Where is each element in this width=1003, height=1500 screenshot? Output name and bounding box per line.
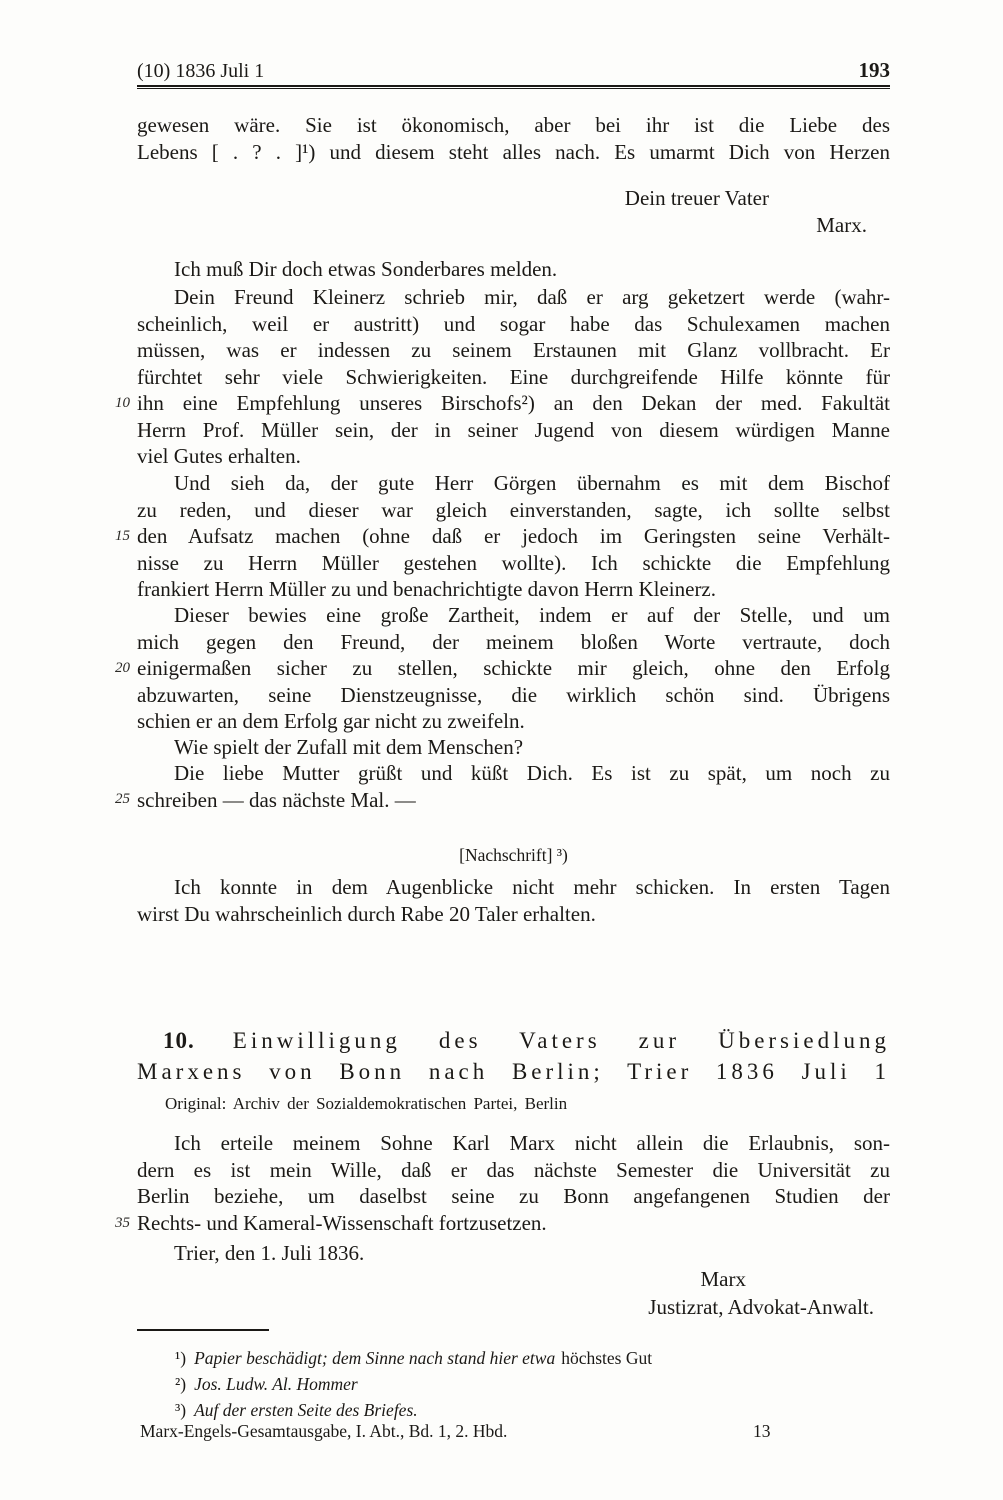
footnote-3: ³)Auf der ersten Seite des Briefes.: [137, 1398, 890, 1422]
paragraph-zufall: Wie spielt der Zufall mit dem Menschen?: [137, 734, 890, 761]
page-number: 193: [859, 58, 891, 82]
text-line: mich gegen den Freund, der meinem bloßen…: [137, 629, 890, 656]
paragraph-nachschrift: Ich konnte in dem Augenblicke nicht mehr…: [137, 874, 890, 927]
footnote-text-roman: höchstes Gut: [561, 1348, 652, 1368]
paragraph-erlaubnis: Ich erteile meinem Sohne Karl Marx nicht…: [137, 1130, 890, 1236]
document-signature-title: Justizrat, Advokat-Anwalt.: [137, 1294, 890, 1321]
text-line: gewesen wäre. Sie ist ökonomisch, aber b…: [137, 112, 890, 139]
text-line: Die liebe Mutter grüßt und küßt Dich. Es…: [137, 760, 890, 787]
text-line: schreiben — das nächste Mal. —: [137, 787, 890, 814]
margin-line-number: 35: [98, 1213, 130, 1233]
page-header: (10) 1836 Juli 1 193: [137, 58, 890, 83]
text-line: zu reden, und dieser war gleich einverst…: [137, 497, 890, 524]
dateline: Trier, den 1. Juli 1836.: [137, 1240, 890, 1267]
text-line: Ich konnte in dem Augenblicke nicht mehr…: [137, 874, 890, 901]
text-line: Wie spielt der Zufall mit dem Menschen?: [137, 734, 890, 761]
text-line: einigermaßen sicher zu stellen, schickte…: [137, 655, 890, 682]
letter-signature: Marx.: [137, 212, 890, 239]
section-heading-line1: 10. Einwilligung des Vaters zur Übersied…: [137, 1026, 890, 1056]
section-heading-line2: Marxens von Bonn nach Berlin; Trier 1836…: [137, 1057, 890, 1087]
text-line: müssen, was er indessen zu seinem Erstau…: [137, 337, 890, 364]
section-number: 10.: [163, 1028, 195, 1053]
footnote-text-italic: Papier beschädigt; dem Sinne nach stand …: [194, 1348, 555, 1368]
margin-line-number: 20: [98, 658, 130, 678]
footnote-marker: ¹): [175, 1348, 186, 1368]
text-line: viel Gutes erhalten.: [137, 443, 890, 470]
footnote-rule: [137, 1329, 269, 1331]
paragraph-mutter: Die liebe Mutter grüßt und küßt Dich. Es…: [137, 760, 890, 813]
header-rule: [137, 85, 890, 89]
text-line: Rechts- und Kameral-Wissenschaft fortzus…: [137, 1210, 890, 1237]
text-line: scheinlich, weil er austritt) und sogar …: [137, 311, 890, 338]
document-signature-name: Marx: [137, 1266, 890, 1293]
paragraph-continuation: gewesen wäre. Sie ist ökonomisch, aber b…: [137, 112, 890, 165]
margin-line-number: 15: [98, 526, 130, 546]
letter-closing: Dein treuer Vater: [137, 185, 890, 212]
edition-imprint: Marx-Engels-Gesamtausgabe, I. Abt., Bd. …: [140, 1420, 507, 1442]
text-line: Und sieh da, der gute Herr Görgen überna…: [137, 470, 890, 497]
footnote-text-italic: Jos. Ludw. Al. Hommer: [194, 1374, 358, 1394]
paragraph-goergen: Und sieh da, der gute Herr Görgen überna…: [137, 470, 890, 603]
footnote-text-italic: Auf der ersten Seite des Briefes.: [194, 1400, 418, 1420]
source-note: Original: Archiv der Sozialdemokratische…: [165, 1093, 890, 1115]
footnote-marker: ³): [175, 1400, 186, 1420]
signature-sheet-number: 13: [753, 1420, 771, 1442]
text-line: Dein Freund Kleinerz schrieb mir, daß er…: [137, 284, 890, 311]
text-line: dern es ist mein Wille, daß er das nächs…: [137, 1157, 890, 1184]
book-page-scan: (10) 1836 Juli 1 193 gewesen wäre. Sie i…: [0, 0, 1003, 1500]
text-line: Ich muß Dir doch etwas Sonderbares melde…: [137, 256, 890, 283]
text-line: Herrn Prof. Müller sein, der in seiner J…: [137, 417, 890, 444]
text-line: Dieser bewies eine große Zartheit, indem…: [137, 602, 890, 629]
footnote-2: ²)Jos. Ludw. Al. Hommer: [137, 1372, 890, 1396]
text-line: wirst Du wahrscheinlich durch Rabe 20 Ta…: [137, 901, 890, 928]
postscript-label: [Nachschrift] ³): [137, 844, 890, 866]
margin-line-number: 25: [98, 789, 130, 809]
running-title: (10) 1836 Juli 1: [137, 59, 264, 83]
text-line: nisse zu Herrn Müller gestehen wollte). …: [137, 550, 890, 577]
text-line: Berlin beziehe, um daselbst seine zu Bon…: [137, 1183, 890, 1210]
text-line: ihn eine Empfehlung unseres Birschofs²) …: [137, 390, 890, 417]
text-line: fürchtet sehr viele Schwierigkeiten. Ein…: [137, 364, 890, 391]
text-line: Lebens [ . ? . ]¹) und diesem steht alle…: [137, 139, 890, 166]
paragraph-sonderbares: Ich muß Dir doch etwas Sonderbares melde…: [137, 256, 890, 283]
paragraph-zartheit: Dieser bewies eine große Zartheit, indem…: [137, 602, 890, 735]
footnote-marker: ²): [175, 1374, 186, 1394]
text-line: den Aufsatz machen (ohne daß er jedoch i…: [137, 523, 890, 550]
text-line: abzuwarten, seine Dienstzeugnisse, die w…: [137, 682, 890, 709]
text-line: frankiert Herrn Müller zu und benachrich…: [137, 576, 890, 603]
section-title-part1: Einwilligung des Vaters zur Übersiedlung: [233, 1028, 890, 1053]
margin-line-number: 10: [98, 393, 130, 413]
text-line: schien er an dem Erfolg gar nicht zu zwe…: [137, 708, 890, 735]
text-line: Ich erteile meinem Sohne Karl Marx nicht…: [137, 1130, 890, 1157]
paragraph-kleinerz: Dein Freund Kleinerz schrieb mir, daß er…: [137, 284, 890, 470]
footnote-1: ¹)Papier beschädigt; dem Sinne nach stan…: [137, 1346, 890, 1370]
